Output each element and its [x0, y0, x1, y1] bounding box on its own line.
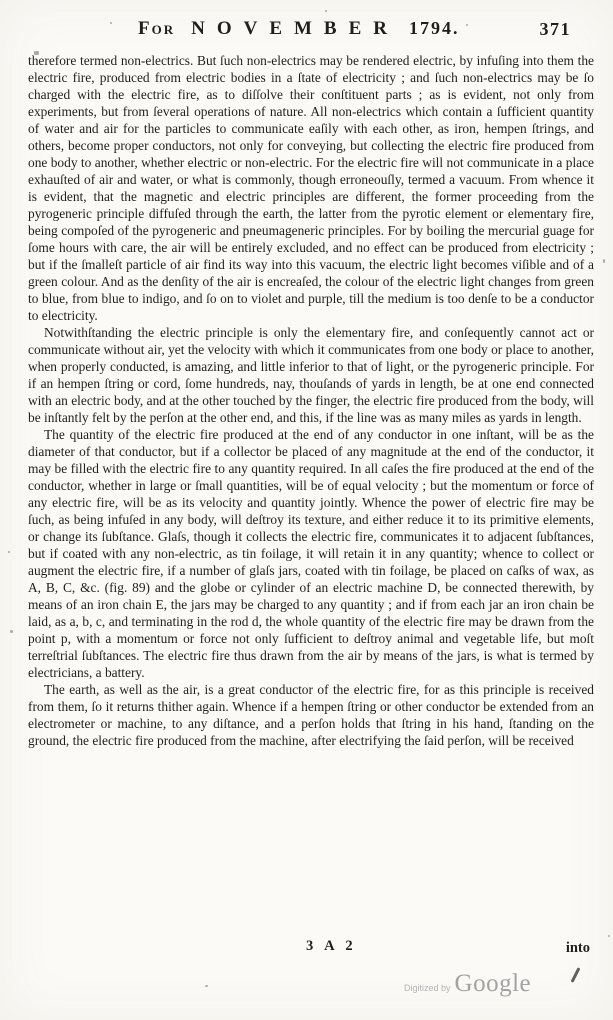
pen-mark — [571, 967, 581, 983]
running-title-month: NOVEMBER — [191, 18, 399, 40]
scan-speck — [205, 985, 208, 987]
scanned-book-page: For NOVEMBER 1794. 371 therefore termed … — [0, 0, 613, 1020]
scan-speck — [325, 10, 327, 12]
running-title: For NOVEMBER 1794. — [138, 18, 460, 40]
scan-speck — [10, 630, 13, 633]
scan-speck — [608, 935, 610, 937]
scan-speck — [603, 259, 605, 263]
paragraph: The quantity of the electric fire produc… — [28, 426, 594, 681]
page-header: For NOVEMBER 1794. 371 — [0, 18, 613, 48]
google-watermark: Digitized by Google — [404, 970, 531, 998]
paragraph: Notwithſtanding the electric principle i… — [28, 324, 594, 426]
page-number: 371 — [540, 19, 572, 40]
body-text: therefore termed non-electrics. But ſuch… — [28, 52, 594, 749]
catchword: into — [566, 940, 590, 957]
paragraph: therefore termed non-electrics. But ſuch… — [28, 52, 594, 324]
scan-speck — [8, 551, 10, 553]
scan-speck — [466, 24, 468, 26]
running-title-year: 1794. — [409, 18, 460, 39]
watermark-prefix-label: Digitized by — [404, 975, 451, 993]
paragraph: The earth, as well as the air, is a grea… — [28, 681, 594, 749]
page-footer: 3 A 2 into — [28, 938, 594, 956]
google-logo: Google — [455, 970, 532, 998]
running-title-for: For — [138, 18, 175, 40]
scan-speck — [34, 51, 39, 55]
signature-mark: 3 A 2 — [306, 938, 357, 955]
scan-speck — [110, 22, 112, 24]
